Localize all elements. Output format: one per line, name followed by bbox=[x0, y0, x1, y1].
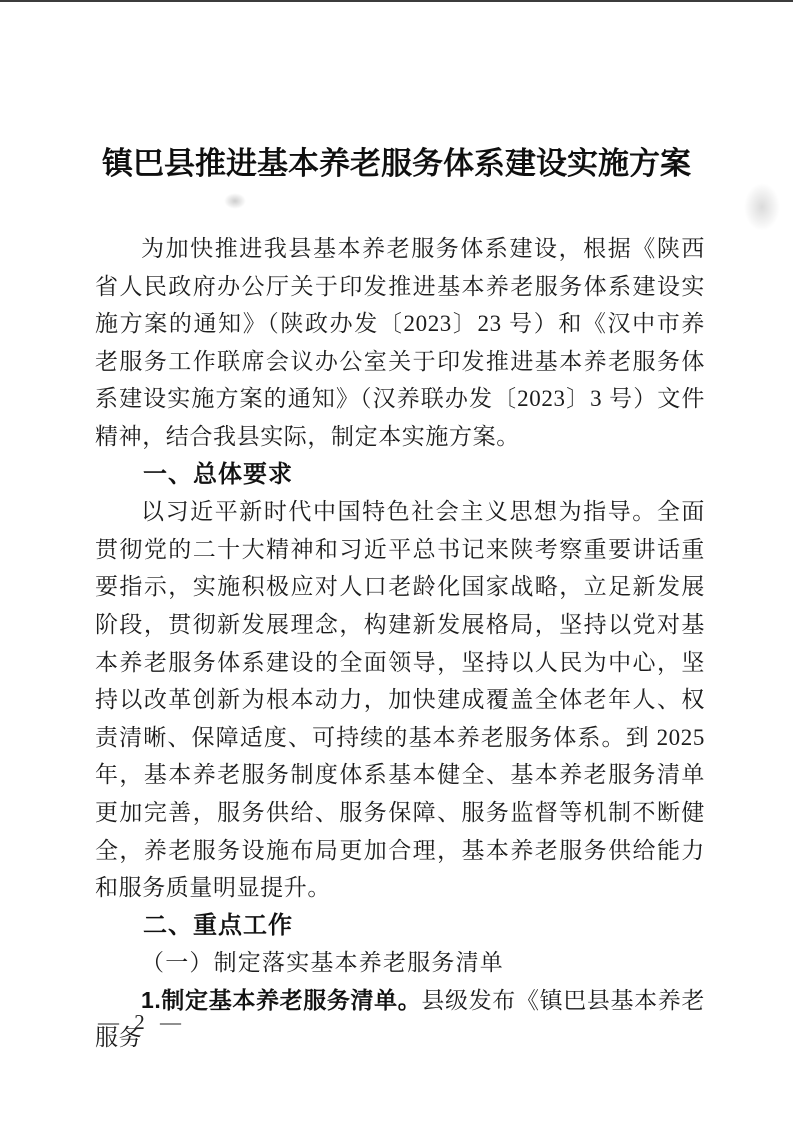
item-1-lead: 1.制定基本养老服务清单。 bbox=[141, 987, 421, 1013]
paragraph-item-1: 1.制定基本养老服务清单。县级发布《镇巴县基本养老服务 bbox=[95, 982, 705, 1057]
document-body: 为加快推进我县基本养老服务体系建设，根据《陕西省人民政府办公厅关于印发推进基本养… bbox=[95, 230, 705, 1057]
document-title: 镇巴县推进基本养老服务体系建设实施方案 bbox=[60, 142, 733, 186]
paragraph-intro: 为加快推进我县基本养老服务体系建设，根据《陕西省人民政府办公厅关于印发推进基本养… bbox=[95, 230, 705, 456]
section-heading-key-work: 二、重点工作 bbox=[95, 907, 705, 945]
scan-edge-artifact bbox=[0, 0, 793, 2]
scan-smudge-artifact bbox=[224, 193, 246, 209]
section-heading-overall-requirements: 一、总体要求 bbox=[95, 456, 705, 494]
scan-smudge-artifact bbox=[744, 183, 780, 231]
paragraph-overall-requirements: 以习近平新时代中国特色社会主义思想为指导。全面贯彻党的二十大精神和习近平总书记来… bbox=[95, 493, 705, 907]
page-number: — 2 — bbox=[98, 1010, 186, 1035]
scanned-document-page: 镇巴县推进基本养老服务体系建设实施方案 为加快推进我县基本养老服务体系建设，根据… bbox=[0, 142, 793, 1057]
subsection-heading-service-list: （一）制定落实基本养老服务清单 bbox=[95, 944, 705, 982]
